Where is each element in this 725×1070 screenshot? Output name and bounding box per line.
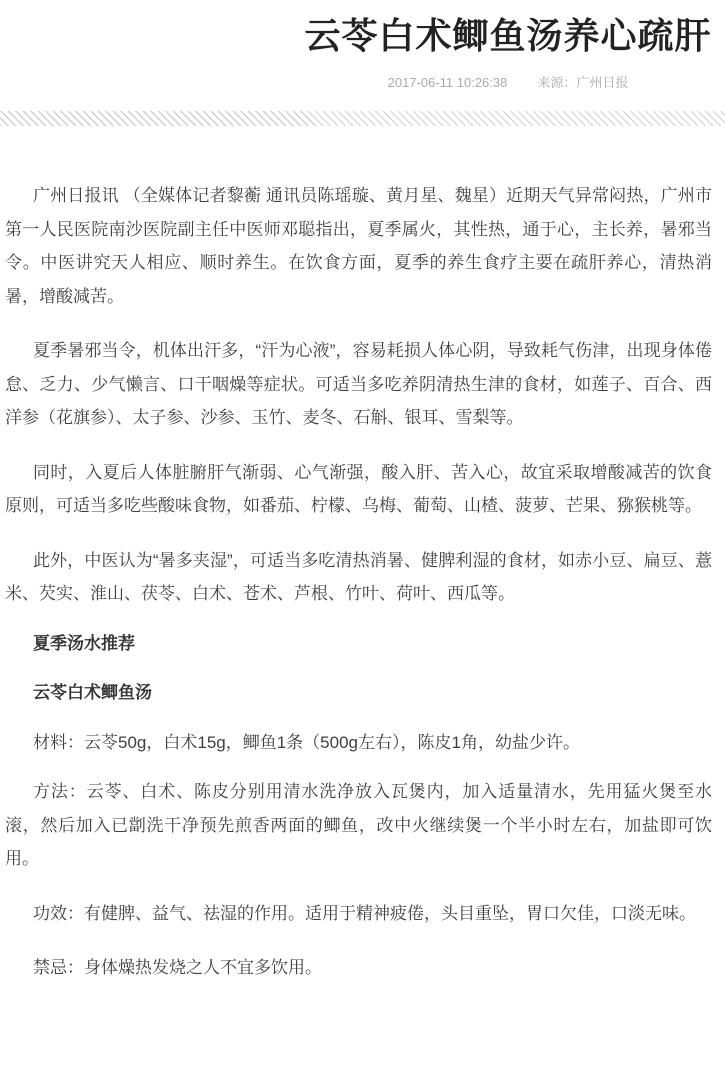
article-header: 云苓白术鲫鱼汤养心疏肝 2017-06-11 10:26:38来源：广州日报	[0, 0, 725, 92]
article-paragraph: 功效：有健脾、益气、祛湿的作用。适用于精神疲倦，头目重坠，胃口欠佳，口淡无味。	[5, 897, 712, 931]
page-title: 云苓白术鲫鱼汤养心疏肝	[0, 12, 725, 60]
source-label: 来源：广州日报	[537, 75, 628, 90]
article-meta: 2017-06-11 10:26:38来源：广州日报	[0, 74, 725, 92]
article-paragraph: 禁忌：身体燥热发烧之人不宜多饮用。	[5, 951, 712, 985]
hatched-divider	[0, 111, 725, 126]
article-paragraph: 同时，入夏后人体脏腑肝气渐弱、心气渐强，酸入肝、苦入心，故宜采取增酸减苦的饮食原…	[5, 456, 712, 523]
section-heading: 云苓白术鲫鱼汤	[5, 676, 712, 710]
section-heading: 夏季汤水推荐	[5, 627, 712, 661]
article-paragraph: 材料：云苓50g，白术15g，鲫鱼1条（500g左右），陈皮1角，幼盐少许。	[5, 726, 712, 760]
article-paragraph: 方法：云苓、白术、陈皮分别用清水洗净放入瓦煲内，加入适量清水，先用猛火煲至水滚，…	[5, 775, 712, 876]
publish-timestamp: 2017-06-11 10:26:38	[388, 75, 508, 90]
article-paragraph: 广州日报讯 （全媒体记者黎蘅 通讯员陈瑶璇、黄月星、魏星）近期天气异常闷热，广州…	[5, 179, 712, 313]
article-body: 广州日报讯 （全媒体记者黎蘅 通讯员陈瑶璇、黄月星、魏星）近期天气异常闷热，广州…	[0, 126, 725, 985]
article-paragraph: 夏季暑邪当令，机体出汗多，“汗为心液”，容易耗损人体心阴，导致耗气伤津，出现身体…	[5, 334, 712, 435]
article-paragraph: 此外，中医认为“暑多夹湿”，可适当多吃清热消暑、健脾利湿的食材，如赤小豆、扁豆、…	[5, 544, 712, 611]
